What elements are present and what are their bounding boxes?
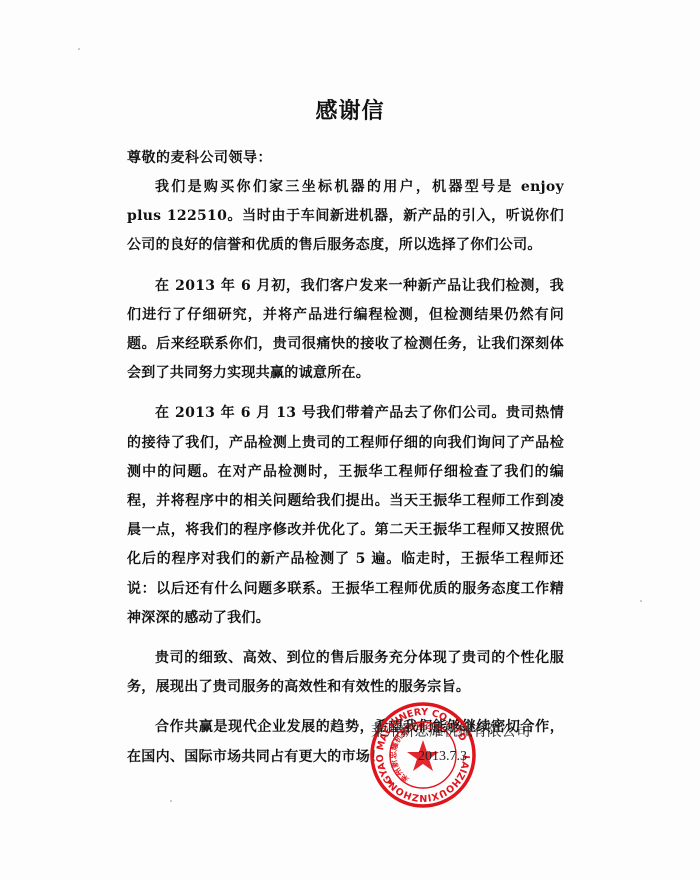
paragraph-june-request: 在 2013 年 6 月初，我们客户发来一种新产品让我们检测，我们进行了仔细研究… [127,272,564,389]
letter-page: 感谢信 尊敬的麦科公司领导： 我们是购买你们家三坐标机器的用户，机器型号是 en… [0,0,700,880]
signature-company: 莱州新忠耀机械有限公司 [371,720,531,741]
scan-speck [640,600,642,602]
paragraph-visit: 在 2013 年 6 月 13 号我们带着产品去了你们公司。贵司热情的接待了我们… [127,399,564,633]
scan-speck [78,48,80,50]
letter-body: 我们是购买你们家三坐标机器的用户，机器型号是 enjoy plus 122510… [127,173,564,772]
paragraph-purchase: 我们是购买你们家三坐标机器的用户，机器型号是 enjoy plus 122510… [127,173,564,261]
letter-title: 感谢信 [0,94,700,125]
signature-date: 2013.7.3 [418,749,467,765]
scan-speck [170,800,172,802]
paragraph-service: 贵司的细致、高效、到位的售后服务充分体现了贵司的个性化服务，展现出了贵司服务的高… [127,644,564,702]
salutation: 尊敬的麦科公司领导： [127,147,272,167]
